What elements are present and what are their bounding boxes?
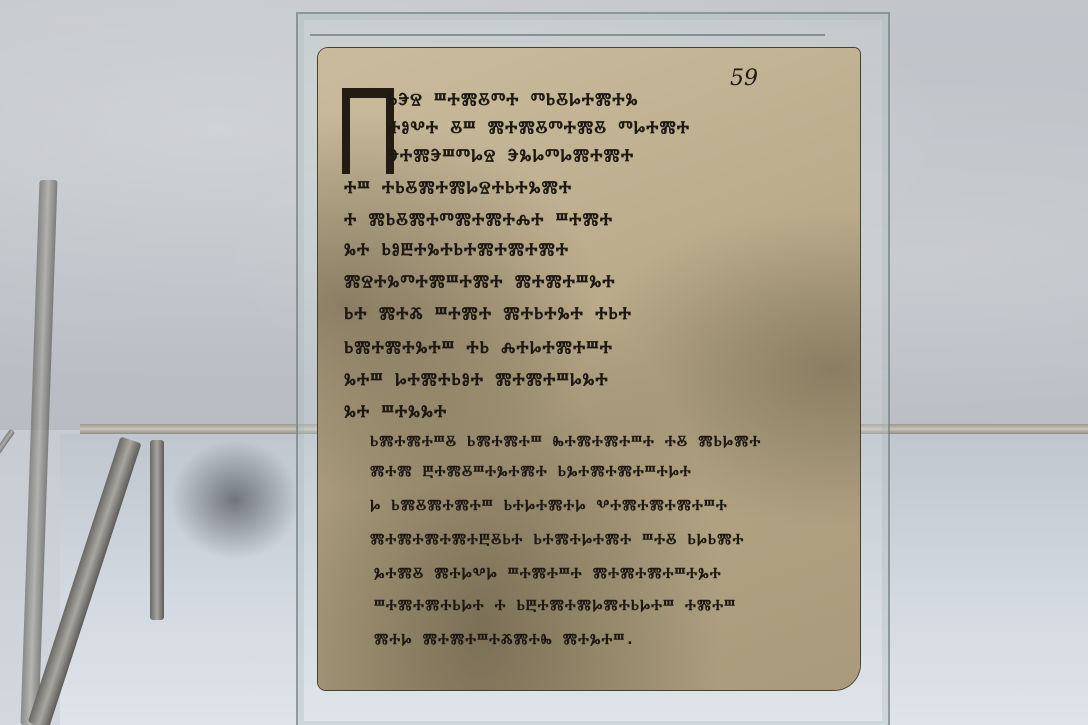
text-line: ⰏⰀⰏⰀⰏⰀⰏⰀⰁⰋⰓⰀ ⰓⰀⰏⰀⰘⰀⰏⰀ ⰞⰀⰋ ⰓⰘⰓⰏⰀ [370, 530, 820, 546]
text-line: ⰃⰀ ⰓⰑⰁⰀⰃⰀⰓⰀⰏⰀⰏⰀⰏⰀ [344, 240, 734, 256]
text-line: ⰃⰀⰏⰋ ⰏⰀⰘⰂⰘ ⰞⰀⰏⰀⰞⰀ ⰏⰀⰏⰀⰏⰀⰞⰀⰃⰀ [374, 564, 824, 580]
text-line: ⰀⰞ ⰀⰓⰋⰏⰀⰏⰘⰔⰀⰓⰀⰃⰏⰀ [344, 178, 734, 194]
manuscript-page: 59 ⰓⰅⰔ ⰞⰀⰏⰋⰕⰀ ⰕⰓⰋⰘⰀⰏⰀⰃ ⰀⰑⰂⰀ ⰋⰞ ⰏⰀⰏⰋⰕⰀⰏⰋ … [318, 48, 860, 690]
metal-stand [0, 180, 190, 725]
text-line: ⰏⰀⰘ ⰏⰀⰏⰀⰞⰀⰆⰏⰀⰈ ⰏⰀⰃⰀⰞ. [374, 630, 694, 646]
text-line: ⰓⰏⰀⰏⰀⰃⰀⰞ ⰀⰓ ⰎⰀⰘⰀⰏⰀⰞⰀ [344, 338, 739, 354]
glass-case-top-edge [310, 14, 825, 36]
page-number: 59 [730, 66, 758, 91]
text-line: ⰞⰀⰏⰀⰏⰀⰓⰘⰀ Ⰰ ⰓⰁⰀⰏⰀⰏⰘⰏⰀⰓⰘⰀⰞ ⰀⰏⰀⰞ [374, 596, 834, 612]
text-line: Ⰰ ⰏⰓⰋⰏⰀⰕⰏⰀⰏⰀⰎⰀ ⰞⰀⰏⰀ [344, 210, 734, 226]
text-line: ⰓⰅⰔ ⰞⰀⰏⰋⰕⰀ ⰕⰓⰋⰘⰀⰏⰀⰃ [388, 90, 728, 106]
text-line: ⰓⰏⰀⰏⰀⰞⰋ ⰓⰏⰀⰏⰀⰞ ⰈⰀⰏⰀⰏⰀⰞⰀ ⰀⰋ ⰏⰓⰘⰏⰀ [370, 432, 810, 448]
text-line: ⰅⰀⰏⰅⰞⰕⰘⰔ ⰅⰃⰘⰕⰘⰏⰀⰏⰀ [388, 146, 738, 162]
text-line: ⰃⰀⰞ ⰘⰀⰏⰀⰓⰑⰀ ⰏⰀⰏⰀⰞⰘⰃⰀ [344, 370, 739, 386]
decorated-initial-letter [342, 88, 394, 174]
text-line: ⰓⰀ ⰏⰀⰆ ⰞⰀⰏⰀ ⰏⰀⰓⰀⰃⰀ ⰀⰓⰀ [344, 304, 739, 320]
text-line: ⰏⰀⰏ ⰁⰀⰏⰋⰞⰀⰃⰀⰏⰀ ⰓⰃⰀⰏⰀⰏⰀⰞⰀⰘⰀ [370, 462, 790, 478]
text-line: ⰃⰀ ⰞⰀⰃⰃⰀ [344, 402, 504, 418]
text-line: ⰏⰔⰀⰃⰕⰀⰏⰞⰀⰏⰀ ⰏⰀⰏⰀⰞⰃⰀ [344, 272, 739, 288]
text-line: ⰀⰑⰂⰀ ⰋⰞ ⰏⰀⰏⰋⰕⰀⰏⰋ ⰕⰘⰀⰏⰀ [388, 118, 738, 134]
text-line: Ⱈ ⰓⰏⰋⰏⰀⰏⰀⰞ ⰓⰀⰘⰀⰏⰀⰘ ⰂⰀⰏⰀⰏⰀⰏⰀⰞⰀ [370, 496, 810, 512]
